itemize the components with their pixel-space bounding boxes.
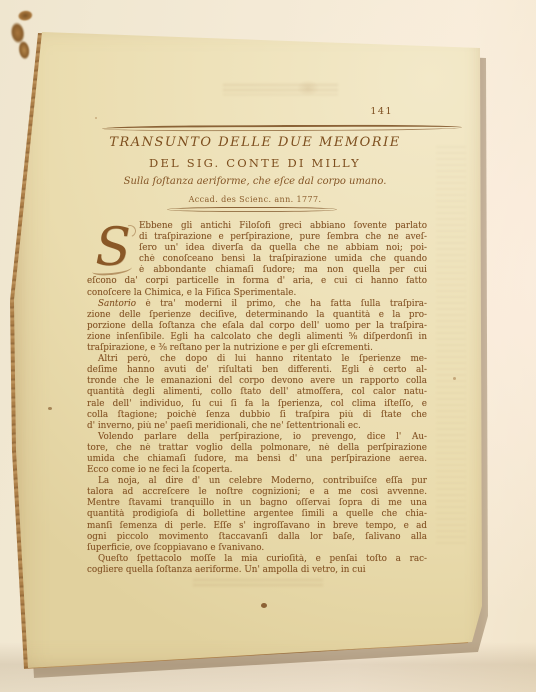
article-title-line1: TRANSUNTO DELLE DUE MEMORIE [75, 135, 435, 150]
subtitle-double-rule [167, 207, 337, 212]
text-line: ſuperficie, ove ſcoppiavano e ſvanivano. [87, 543, 427, 554]
text-line: d' inverno, più ne' paeſi meridionali, c… [87, 421, 427, 432]
book-page: 141 TRANSUNTO DELLE DUE MEMORIE DEL SIG.… [8, 26, 488, 676]
text-line: deſime hanno avuti de' riſultati ben dif… [87, 365, 427, 376]
text-line: chè conoſceano bensì la traſpirazione um… [139, 254, 427, 265]
show-through-text-bottom [193, 579, 323, 589]
photograph-of-old-book-page: 141 TRANSUNTO DELLE DUE MEMORIE DEL SIG.… [0, 0, 536, 692]
text-line: zione inſenſibile. Egli ha calcolato che… [87, 332, 427, 343]
text-line: cogliere quella ſoſtanza aeriforme. Un' … [87, 565, 427, 576]
text-line: traſpirazione, e ⅜ reſtano per la nutriz… [87, 343, 427, 354]
text-line: Ebbene gli antichi Filoſofi greci abbian… [139, 221, 427, 232]
paragraph: Ebbene gli antichi Filoſofi greci abbian… [87, 221, 427, 299]
text-line: ogni piccolo movimento ſtaccavanſi dalla… [87, 532, 427, 543]
foxing-spot [261, 603, 267, 608]
text-line: Volendo parlare della perſpirazione, io … [87, 432, 427, 443]
text-line: umida che chiamaſi ſudore, ma bensì d' u… [87, 454, 427, 465]
article-title-line2: DEL SIG. CONTE DI MILLY [75, 156, 435, 170]
paragraph: Altri però, che dopo di lui hanno ritent… [87, 354, 427, 432]
text-line: colla ſtagione; poichè ſenza dubbio ſi t… [87, 410, 427, 421]
text-line: ſero un' idea diverſa da quella che ne a… [139, 243, 427, 254]
foxing-spot [48, 407, 52, 410]
page-number: 141 [348, 106, 393, 117]
text-line: manſi ſemenza di perle. Eſſe s' ingroſſa… [87, 521, 427, 532]
paragraph: Queſto ſpettacolo moſſe la mia curioſità… [87, 554, 427, 576]
header-double-rule [102, 124, 462, 131]
text-line: tore, che nè trattar voglio della polmon… [87, 443, 427, 454]
text-line: porzione della ſoſtanza che eſala dal co… [87, 321, 427, 332]
text-line: talora ad accreſcere le noſtre cognizion… [87, 487, 427, 498]
paragraph: La noja, al dire d' un celebre Moderno, … [87, 476, 427, 554]
body-text: S Ebbene gli antichi Filoſofi greci abbi… [87, 221, 427, 576]
source-citation: Accad. des Scienc. ann. 1777. [75, 195, 435, 204]
text-line: rale dell' individuo, ſu cui ſi fa la ſp… [87, 399, 427, 410]
show-through-text-top [223, 84, 338, 95]
text-line: conoſcere la Chimica, e la Fiſica Sperim… [87, 288, 427, 299]
text-line: Altri però, che dopo di lui hanno ritent… [87, 354, 427, 365]
article-subtitle: Sulla ſoſtanza aeriforme, che eſce dal c… [75, 176, 435, 187]
foxing-spot [95, 117, 97, 119]
show-through-text-margin [436, 146, 466, 546]
binding-cord-knot [0, 3, 50, 67]
text-line: zione delle ſperienze deciſive, determin… [87, 310, 427, 321]
text-line: tronde che le emanazioni del corpo devon… [87, 376, 427, 387]
text-line: Santorio è tra' moderni il primo, che ha… [87, 299, 427, 310]
paragraph: Santorio è tra' moderni il primo, che ha… [87, 299, 427, 354]
text-line: eſcono da' corpi particelle in forma d' … [87, 276, 427, 287]
text-line: è abbondante chiamaſi ſudore; ma non que… [139, 265, 427, 276]
paragraph: Volendo parlare della perſpirazione, io … [87, 432, 427, 476]
text-line: quantità degli alimenti, collo ſtato del… [87, 387, 427, 398]
text-line: quantità prodigioſa di bollettine argent… [87, 509, 427, 520]
drop-cap-initial: S [88, 221, 138, 277]
text-line: Queſto ſpettacolo moſſe la mia curioſità… [87, 554, 427, 565]
text-line: Ecco come io ne feci la ſcoperta. [87, 465, 427, 476]
foxing-spot [453, 377, 456, 380]
text-line: Mentre ſtavami tranquillo in un bagno oſ… [87, 498, 427, 509]
text-line: di traſpirazione e perſpirazione, pure ſ… [139, 232, 427, 243]
text-line: La noja, al dire d' un celebre Moderno, … [87, 476, 427, 487]
